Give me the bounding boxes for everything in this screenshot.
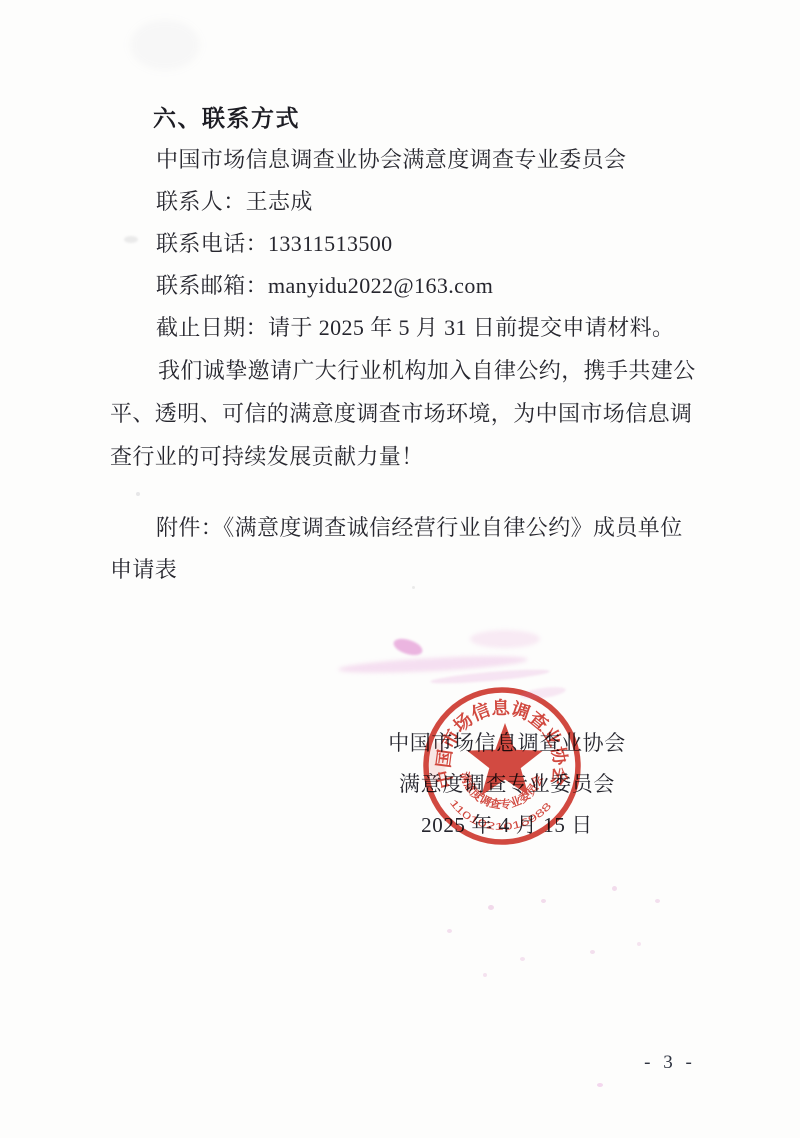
invitation-line-1: 我们诚挚邀请广大行业机构加入自律公约，携手共建公 <box>158 359 696 383</box>
contact-person-line: 联系人：王志成 <box>156 190 313 214</box>
ink-speck <box>612 886 617 891</box>
ink-speck <box>483 973 487 977</box>
ink-smudge <box>470 630 540 648</box>
official-seal-stamp: 中国市场信息调查业协会 满意度调查专业委员会 1101021016988 <box>407 671 597 861</box>
ink-speck <box>488 905 494 910</box>
scan-smudge <box>130 20 200 70</box>
ink-speck <box>541 899 546 903</box>
ink-smudge <box>392 636 425 659</box>
scan-smudge <box>124 236 138 243</box>
page-number: - 3 - <box>634 1052 706 1074</box>
ink-speck <box>637 942 641 946</box>
ink-speck <box>597 1083 603 1087</box>
attachment-line-1: 附件：《满意度调查诚信经营行业自律公约》成员单位 <box>156 516 683 540</box>
scan-smudge <box>136 492 140 496</box>
ink-speck <box>590 950 595 954</box>
section-heading: 六、联系方式 <box>153 106 300 130</box>
ink-speck <box>447 929 452 933</box>
committee-name-line: 中国市场信息调查业协会满意度调查专业委员会 <box>156 148 626 172</box>
invitation-line-3: 查行业的可持续发展贡献力量！ <box>110 445 424 469</box>
invitation-line-2: 平、透明、可信的满意度调查市场环境，为中国市场信息调 <box>110 402 692 426</box>
contact-email-line: 联系邮箱：manyidu2022@163.com <box>156 274 493 298</box>
scan-smudge <box>412 586 415 589</box>
ink-speck <box>520 957 525 961</box>
deadline-line: 截止日期：请于 2025 年 5 月 31 日前提交申请材料。 <box>156 316 674 340</box>
contact-phone-line: 联系电话：13311513500 <box>156 232 393 256</box>
attachment-line-2: 申请表 <box>110 558 177 582</box>
scanned-document-page: 六、联系方式 中国市场信息调查业协会满意度调查专业委员会 联系人：王志成 联系电… <box>0 0 800 1138</box>
ink-speck <box>655 899 660 903</box>
